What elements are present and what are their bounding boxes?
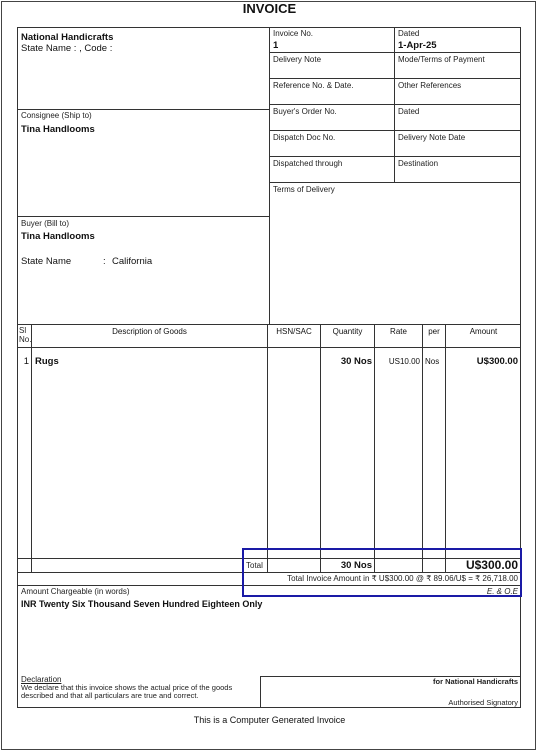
item-description: Rugs xyxy=(35,356,59,367)
amount-words-value: INR Twenty Six Thousand Seven Hundred Ei… xyxy=(21,599,262,609)
terms-of-delivery-label: Terms of Delivery xyxy=(273,185,335,194)
other-references-label: Other References xyxy=(398,81,461,90)
buyer-label: Buyer (Bill to) xyxy=(21,219,69,228)
amount-words-label: Amount Chargeable (in words) xyxy=(21,587,130,596)
consignee-name: Tina Handlooms xyxy=(21,124,95,135)
reference-label: Reference No. & Date. xyxy=(273,81,353,90)
buyer-state-value: California xyxy=(112,256,152,267)
invoice-no-label: Invoice No. xyxy=(273,29,313,38)
buyer-name: Tina Handlooms xyxy=(21,231,95,242)
col-header-quantity: Quantity xyxy=(321,327,374,336)
authorised-signatory-label: Authorised Signatory xyxy=(262,698,518,707)
seller-name: National Handicrafts xyxy=(21,32,113,43)
buyers-order-dated-label: Dated xyxy=(398,107,419,116)
buyers-order-label: Buyer's Order No. xyxy=(273,107,337,116)
destination-label: Destination xyxy=(398,159,438,168)
item-per: Nos xyxy=(425,357,439,366)
signatory-for-line: for National Handicrafts xyxy=(262,677,518,686)
dispatch-doc-label: Dispatch Doc No. xyxy=(273,133,335,142)
computer-generated-note: This is a Computer Generated Invoice xyxy=(0,715,539,725)
item-sl: 1 xyxy=(17,356,29,367)
dispatched-through-label: Dispatched through xyxy=(273,159,342,168)
item-quantity: 30 Nos xyxy=(321,356,372,367)
highlight-total-box xyxy=(242,548,522,597)
item-amount: U$300.00 xyxy=(446,356,518,367)
delivery-note-date-label: Delivery Note Date xyxy=(398,133,465,142)
dated-label: Dated xyxy=(398,29,419,38)
col-header-sl: Sl No. xyxy=(19,326,31,344)
dated-value: 1-Apr-25 xyxy=(398,40,437,51)
consignee-label: Consignee (Ship to) xyxy=(21,111,92,120)
col-header-amount: Amount xyxy=(446,327,521,336)
col-header-hsn: HSN/SAC xyxy=(268,327,320,336)
delivery-note-label: Delivery Note xyxy=(273,55,321,64)
declaration-text: We declare that this invoice shows the a… xyxy=(21,684,257,700)
col-header-description: Description of Goods xyxy=(32,327,267,336)
seller-state: State Name : , Code : xyxy=(21,43,112,54)
col-header-per: per xyxy=(423,327,445,336)
invoice-title: INVOICE xyxy=(0,1,539,16)
item-rate: US10.00 xyxy=(375,357,420,366)
buyer-state-label: State Name xyxy=(21,256,71,267)
mode-terms-label: Mode/Terms of Payment xyxy=(398,55,485,64)
invoice-no-value: 1 xyxy=(273,40,278,51)
buyer-state-sep: : xyxy=(103,256,106,267)
col-header-rate: Rate xyxy=(375,327,422,336)
